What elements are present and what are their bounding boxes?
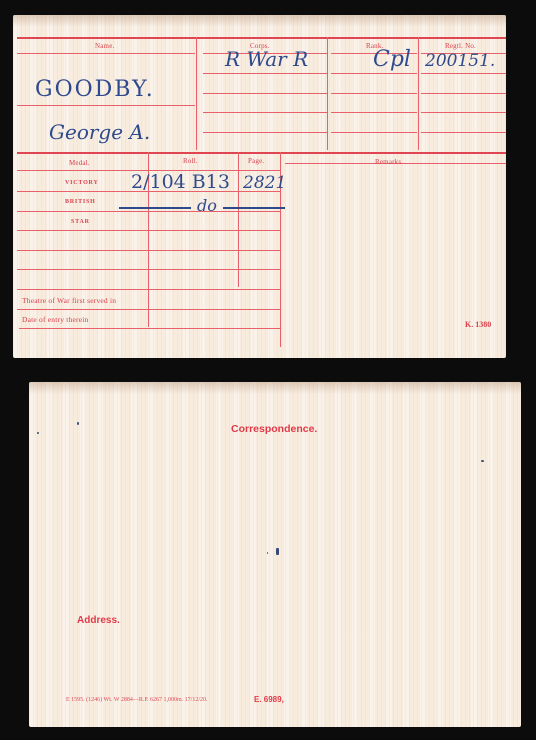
theatre-label: Theatre of War first served in [22, 296, 116, 305]
grid-rule [331, 73, 417, 74]
forename-entry: George A. [49, 120, 150, 144]
victory-roll-entry: 2/104 B13 [131, 171, 230, 193]
grid-rule [17, 230, 281, 231]
roll-header: Roll. [183, 157, 198, 165]
grid-rule [17, 105, 195, 106]
grid-rule [17, 211, 281, 212]
printer-imprint-code: E. 6989, [254, 695, 284, 704]
ink-speck [37, 432, 39, 434]
name-header-rule [17, 53, 195, 54]
grid-rule [17, 309, 281, 310]
victory-page-entry: 2821 [243, 173, 286, 193]
date-entry-label: Date of entry therein [22, 315, 88, 324]
rank-entry: Cpl [373, 47, 411, 72]
medal-index-card-front: Name. Corps. Rank. Regtl. No. GOODBY. Ge… [13, 15, 506, 358]
grid-rule [331, 93, 417, 94]
ink-speck [77, 422, 79, 425]
header-rule [17, 37, 506, 39]
printer-imprint: E 1595. (1246) Wt. W 2884—R.P. 6267 1,00… [66, 697, 208, 703]
surname-entry: GOODBY. [35, 77, 155, 102]
medal-index-card-back: Correspondence. Address. E 1595. (1246) … [29, 382, 521, 727]
grid-rule [17, 269, 281, 270]
grid-rule [421, 132, 506, 133]
british-roll-entry: do [197, 196, 217, 215]
name-header: Name. [95, 42, 114, 50]
grid-rule [421, 93, 506, 94]
ink-line [119, 207, 191, 209]
grid-rule [19, 328, 281, 329]
correspondence-label: Correspondence. [231, 423, 317, 435]
grid-rule [331, 112, 417, 113]
medal-section-rule [17, 152, 506, 154]
grid-rule [421, 73, 506, 74]
name-corps-divider [196, 37, 197, 150]
grid-rule [17, 289, 281, 290]
medal-header: Medal. [69, 159, 90, 167]
rank-regtl-divider [418, 37, 419, 150]
remarks-header: Remarks. [375, 158, 403, 166]
page-header: Page. [248, 157, 264, 165]
ink-line [223, 207, 285, 209]
grid-rule [17, 250, 281, 251]
roll-page-divider [238, 152, 239, 287]
medal-label-victory: VICTORY [65, 180, 99, 186]
grid-rule [331, 132, 417, 133]
form-code: K. 1380 [465, 320, 491, 329]
medal-label-star: STAR [71, 219, 90, 225]
corps-rank-divider [327, 37, 328, 150]
medal-label-british: BRITISH [65, 199, 96, 205]
grid-rule [203, 93, 327, 94]
grid-rule [203, 132, 327, 133]
ink-speck [276, 548, 279, 555]
grid-rule [421, 112, 506, 113]
corps-entry: R War R [225, 47, 308, 71]
regtl-no-header: Regtl. No. [445, 42, 476, 50]
ink-speck [267, 552, 268, 554]
regtl-no-entry: 200151. [425, 51, 495, 71]
address-label: Address. [77, 615, 120, 626]
grid-rule [203, 112, 327, 113]
ink-speck [481, 460, 484, 462]
grid-rule [203, 73, 327, 74]
